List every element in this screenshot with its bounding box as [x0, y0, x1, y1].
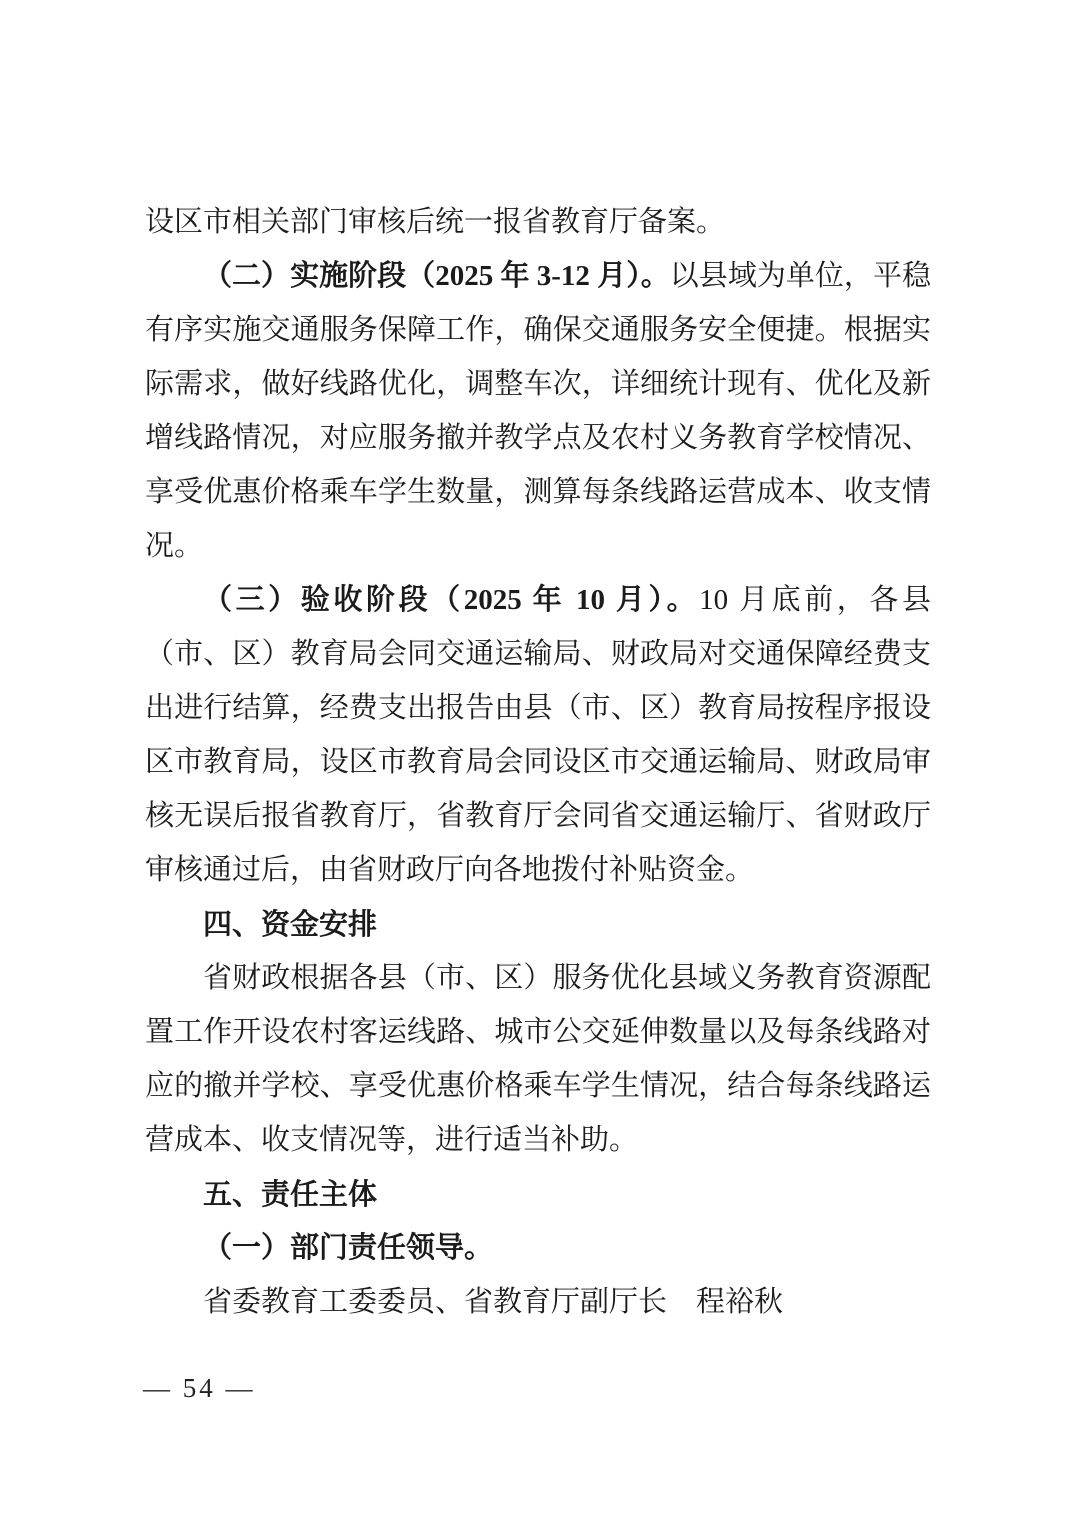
- paragraph-lead-acceptance: （三）验收阶段（2025 年 10 月）。: [203, 584, 699, 616]
- page-number: — 54 —: [143, 1370, 256, 1406]
- paragraph-acceptance-stage: （三）验收阶段（2025 年 10 月）。10 月底前，各县（市、区）教育局会同…: [145, 573, 931, 897]
- paragraph-filing-continuation: 设区市相关部门审核后统一报省教育厅备案。: [145, 195, 931, 249]
- paragraph-implementation-stage: （二）实施阶段（2025 年 3-12 月）。以县域为单位，平稳有序实施交通服务…: [145, 249, 931, 573]
- document-body: 设区市相关部门审核后统一报省教育厅备案。 （二）实施阶段（2025 年 3-12…: [145, 195, 931, 1329]
- paragraph-department-leader-label: （一）部门责任领导。: [145, 1221, 931, 1275]
- paragraph-leader-name: 省委教育工委委员、省教育厅副厅长 程裕秋: [145, 1275, 931, 1329]
- paragraph-text-acceptance: 10 月底前，各县（市、区）教育局会同交通运输局、财政局对交通保障经费支出进行结…: [145, 584, 931, 886]
- paragraph-lead-department-leader: （一）部门责任领导。: [203, 1232, 493, 1264]
- paragraph-funding-detail: 省财政根据各县（市、区）服务优化县域义务教育资源配置工作开设农村客运线路、城市公…: [145, 951, 931, 1167]
- document-page: 设区市相关部门审核后统一报省教育厅备案。 （二）实施阶段（2025 年 3-12…: [0, 0, 1075, 1520]
- heading-section-4-funding: 四、资金安排: [145, 897, 931, 951]
- paragraph-text-implementation: 以县域为单位，平稳有序实施交通服务保障工作，确保交通服务安全便捷。根据实际需求，…: [145, 260, 931, 562]
- heading-section-5-responsibility: 五、责任主体: [145, 1167, 931, 1221]
- paragraph-lead-implementation: （二）实施阶段（2025 年 3-12 月）。: [203, 260, 670, 292]
